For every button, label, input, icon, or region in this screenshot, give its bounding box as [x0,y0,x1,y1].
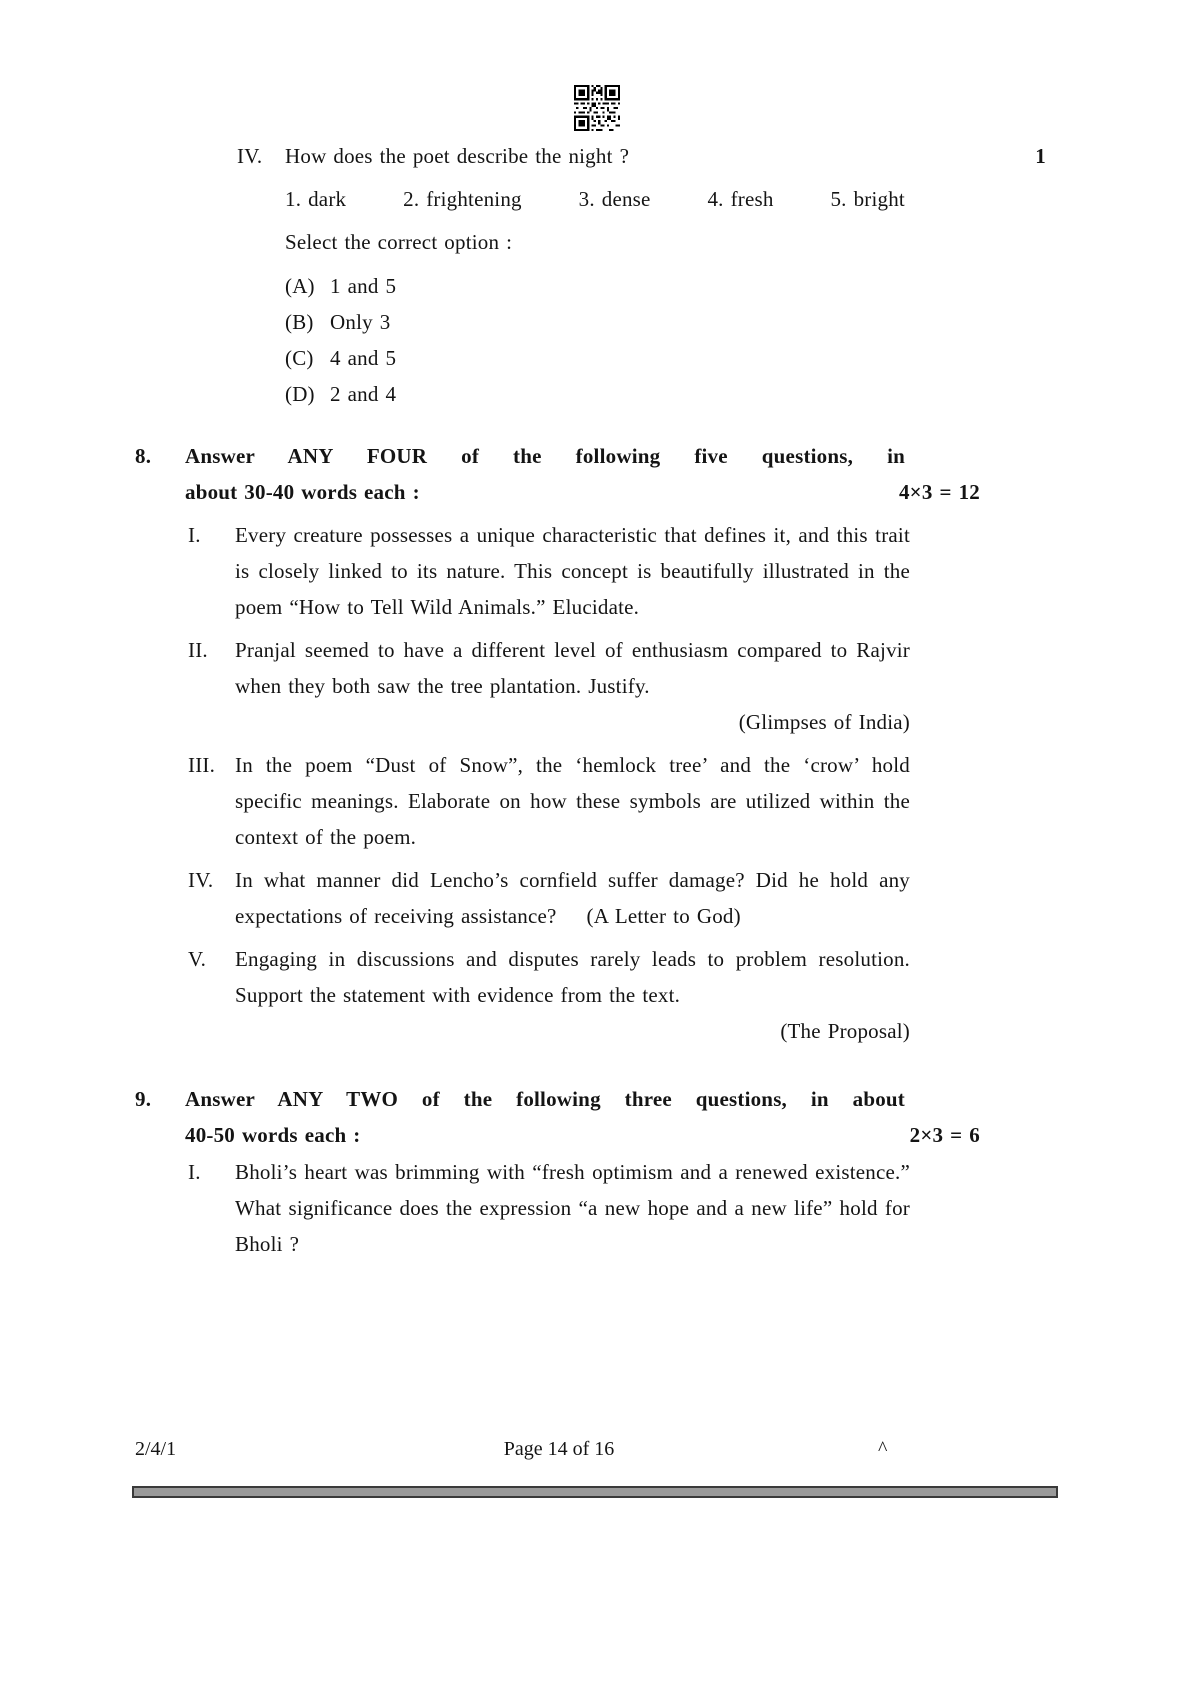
subquestion-number: I. [188,517,235,625]
question-iv-number: IV. [237,138,285,174]
q8-subquestion-5: V. Engaging in discussions and disputes … [135,941,1058,1049]
subquestion-text: Pranjal seemed to have a different level… [235,632,910,704]
subquestion-number: II. [188,632,235,740]
subquestion-number: IV. [188,862,235,934]
subquestion-number: I. [188,1154,235,1262]
option-c-row: (C) 4 and 5 [285,340,1058,376]
subquestion-number: III. [188,747,235,855]
option-b-text: Only 3 [330,304,390,340]
q8-subquestion-4: IV. In what manner did Lencho’s cornfiel… [135,862,1058,934]
select-option-prompt: Select the correct option : [285,224,1058,260]
option-a-label: (A) [285,268,330,304]
choice-3: 3. dense [579,181,651,217]
subquestion-text: In the poem “Dust of Snow”, the ‘hemlock… [235,747,910,855]
option-d-row: (D) 2 and 4 [285,376,1058,412]
subquestion-text: Every creature possesses a unique charac… [235,517,910,625]
choice-5: 5. bright [830,181,904,217]
option-c-text: 4 and 5 [330,340,396,376]
footer-divider-bar [132,1486,1058,1498]
page-footer: 2/4/1 Page 14 of 16 ^ [135,1438,1058,1470]
question-9-number: 9. [135,1081,185,1153]
subquestion-text: Engaging in discussions and disputes rar… [235,941,910,1013]
subquestion-text: Bholi’s heart was brimming with “fresh o… [235,1154,910,1262]
question-iv-text: How does the poet describe the night ? [285,138,905,174]
q9-subquestion-1: I. Bholi’s heart was brimming with “fres… [135,1154,1058,1262]
question-9-heading-line2: 40-50 words each : [185,1117,905,1153]
option-b-row: (B) Only 3 [285,304,1058,340]
question-8-number: 8. [135,438,185,510]
subquestion-source: (Glimpses of India) [235,704,910,740]
option-b-label: (B) [285,304,330,340]
page-content: IV. How does the poet describe the night… [135,84,1058,1262]
page-number: Page 14 of 16 [135,1438,983,1461]
question-iv-row: IV. How does the poet describe the night… [135,138,1058,174]
option-c-label: (C) [285,340,330,376]
subquestion-source-inline: (A Letter to God) [557,904,741,928]
subquestion-number: V. [188,941,235,1049]
question-8-heading: Answer ANY FOUR of the following five qu… [185,438,905,510]
option-a-row: (A) 1 and 5 [285,268,1058,304]
question-iv-marks: 1 [1035,138,1058,174]
subquestion-text: In what manner did Lencho’s cornfield su… [235,862,910,934]
q8-subquestion-3: III. In the poem “Dust of Snow”, the ‘he… [135,747,1058,855]
question-8-heading-line1: Answer ANY FOUR of the following five qu… [185,438,905,474]
option-a-text: 1 and 5 [330,268,396,304]
q8-subquestion-1: I. Every creature possesses a unique cha… [135,517,1058,625]
question-8-heading-line2: about 30-40 words each : [185,474,905,510]
qr-code [574,84,620,132]
subquestion-source: (The Proposal) [235,1013,910,1049]
question-9-header: 9. Answer ANY TWO of the following three… [135,1081,1058,1153]
question-8-marks: 4×3 = 12 [899,474,980,510]
footer-caret-mark: ^ [878,1438,887,1461]
question-iv-choices: 1. dark 2. frightening 3. dense 4. fresh… [285,181,905,217]
question-9-marks: 2×3 = 6 [910,1117,980,1153]
exam-paper-page: IV. How does the poet describe the night… [0,0,1190,1683]
question-9-heading: Answer ANY TWO of the following three qu… [185,1081,905,1153]
question-9-heading-line1: Answer ANY TWO of the following three qu… [185,1081,905,1117]
option-d-label: (D) [285,376,330,412]
question-8-header: 8. Answer ANY FOUR of the following five… [135,438,1058,510]
option-d-text: 2 and 4 [330,376,396,412]
choice-1: 1. dark [285,181,346,217]
choice-2: 2. frightening [403,181,522,217]
choice-4: 4. fresh [707,181,773,217]
q8-subquestion-2: II. Pranjal seemed to have a different l… [135,632,1058,740]
